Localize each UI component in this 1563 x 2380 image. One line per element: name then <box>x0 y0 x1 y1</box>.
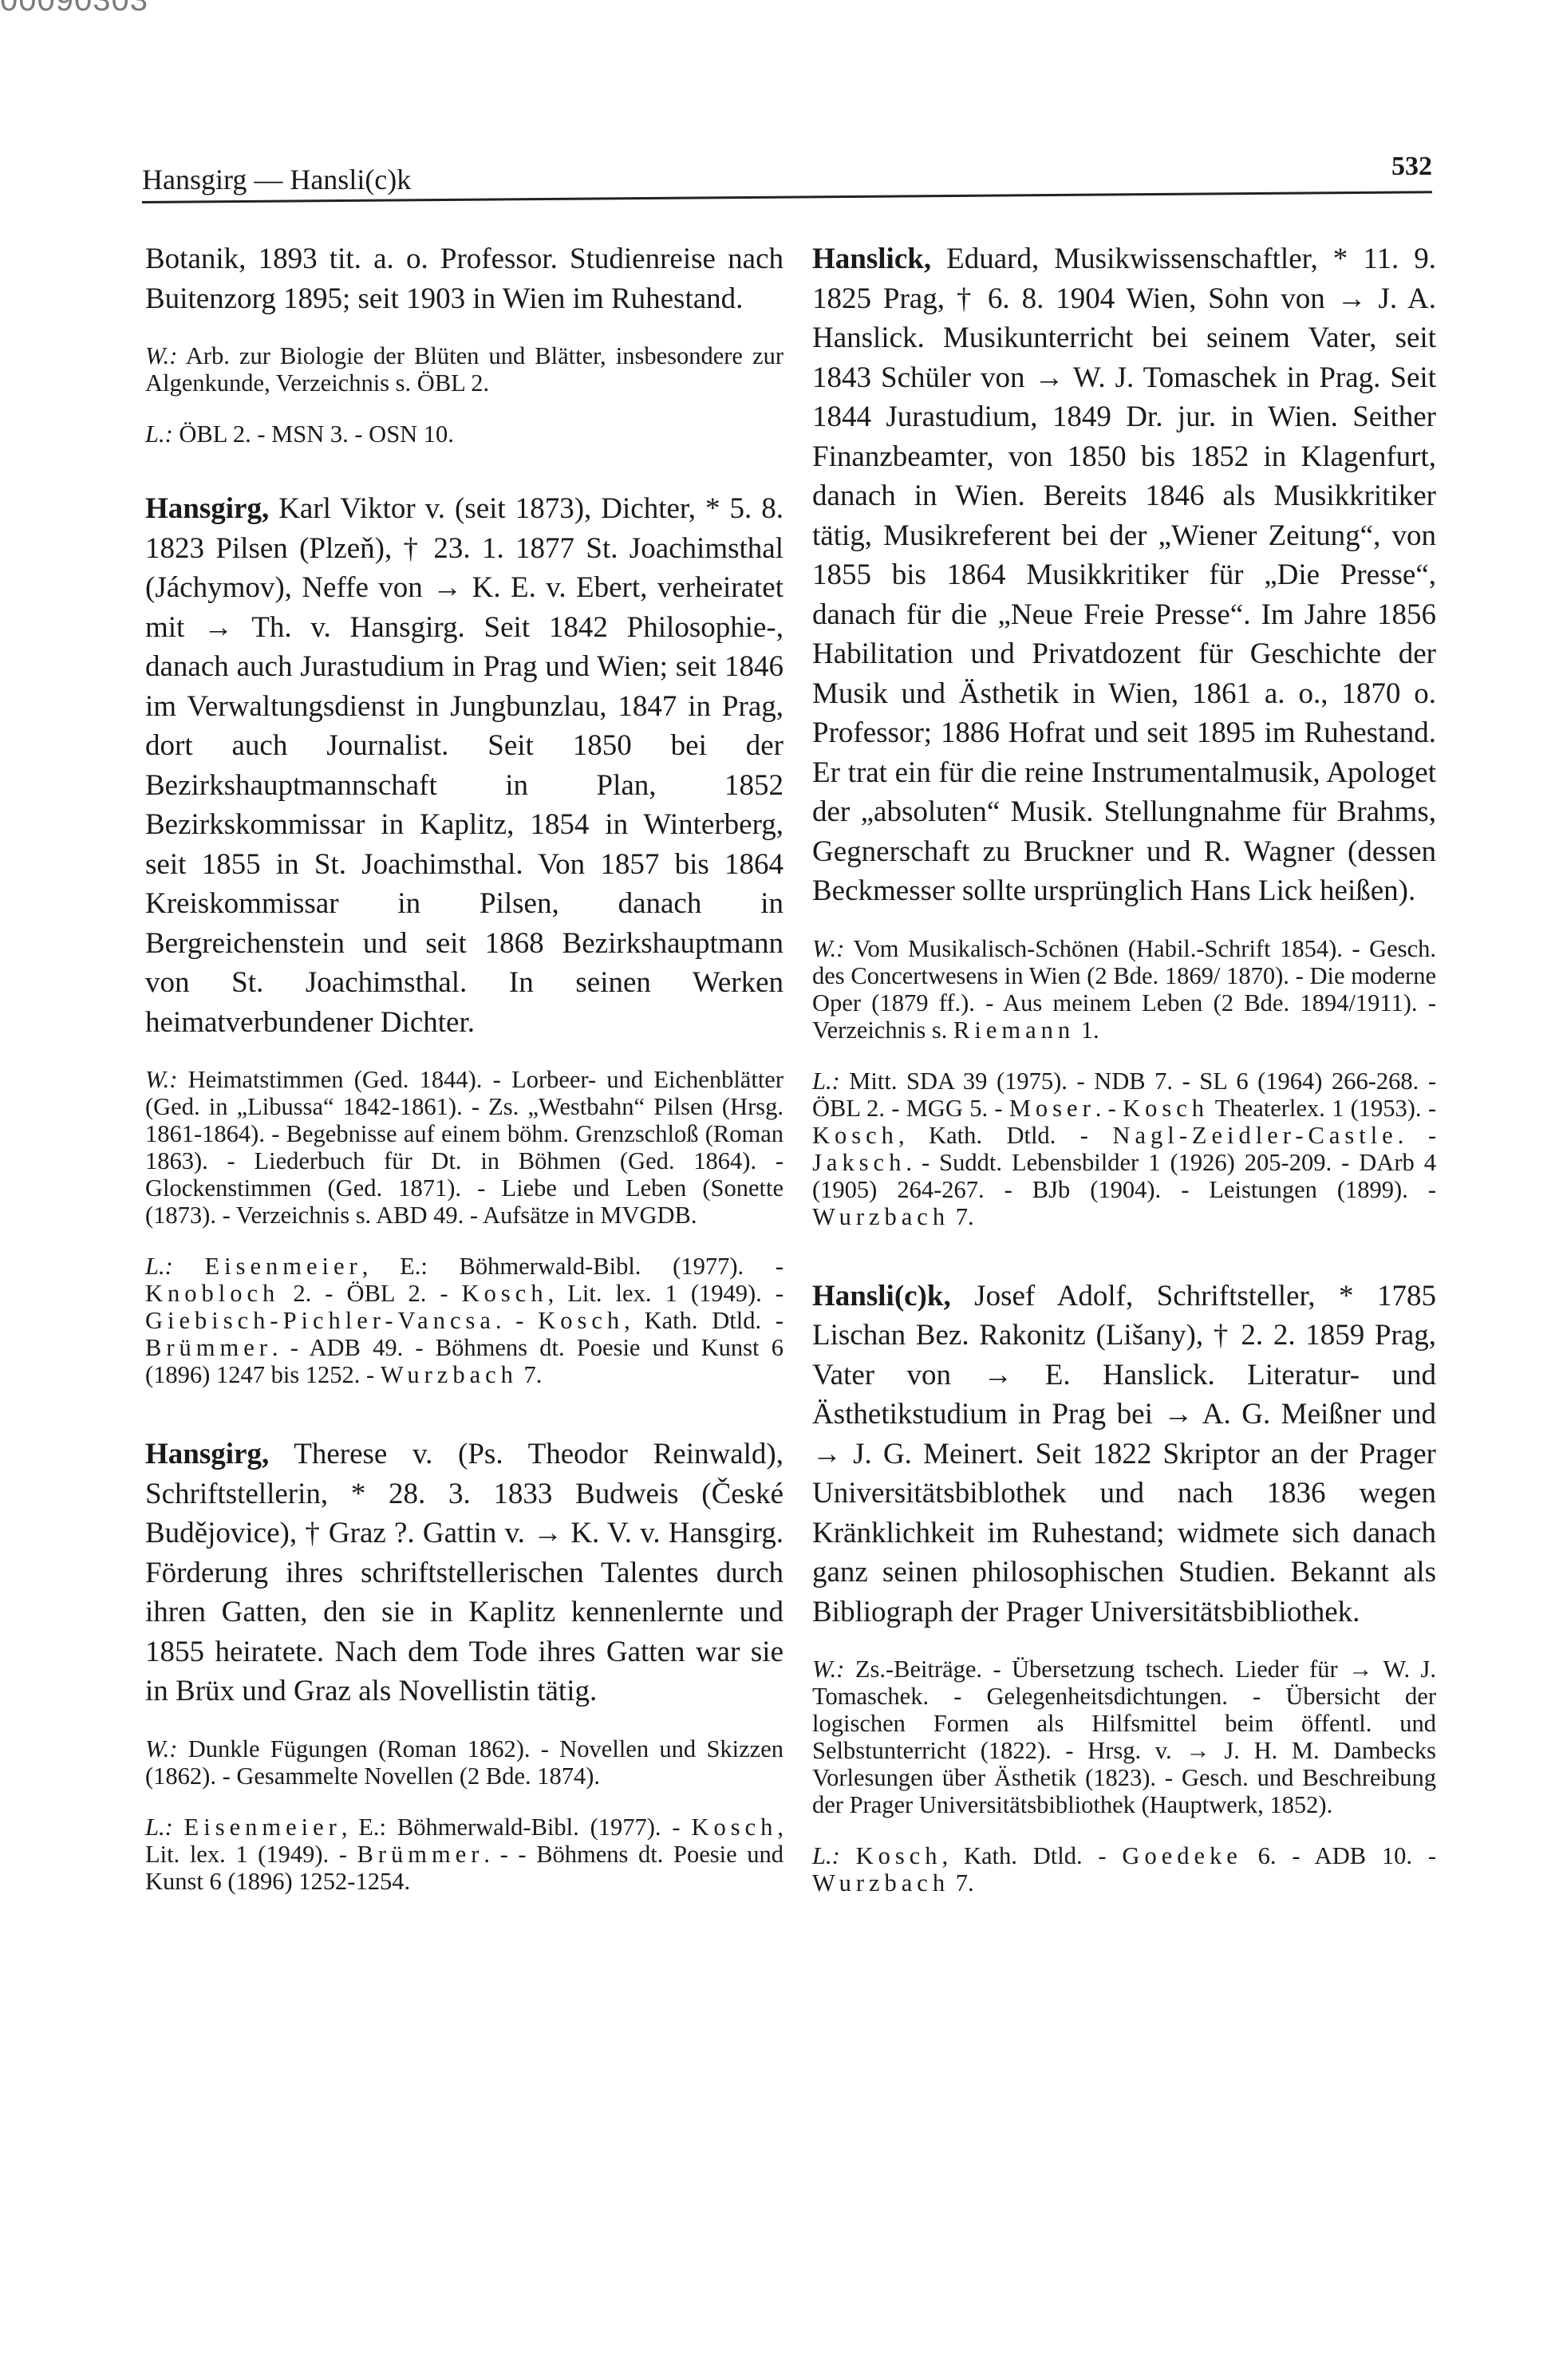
entry-body: Hansgirg, Karl Viktor v. (seit 1873), Di… <box>145 489 783 1042</box>
spaced-author-name: Brümmer <box>357 1841 484 1868</box>
entry-lemma: Hanslick, <box>812 243 931 275</box>
spaced-author-name: Jaksch <box>812 1149 906 1176</box>
works-text: Zs.-Beiträge. - Übersetzung tschech. Lie… <box>812 1656 1436 1818</box>
literature-text: Eisenmeier, E.: Böhmerwald-Bibl. (1977).… <box>145 1253 783 1388</box>
spaced-author-name: Eisenmeier <box>184 1814 341 1841</box>
works-list: W.: Heimatstimmen (Ged. 1844). - Lorbeer… <box>145 1066 783 1229</box>
literature-text: Mitt. SDA 39 (1975). - NDB 7. - SL 6 (19… <box>812 1068 1436 1230</box>
entry-hansgirg-karl-viktor: Hansgirg, Karl Viktor v. (seit 1873), Di… <box>145 489 783 1388</box>
entry-body: Hanslick, Eduard, Musikwissenschaftler, … <box>812 239 1436 911</box>
works-text: Arb. zur Biologie der Blüten und Blätter… <box>145 342 783 397</box>
entry-lemma: Hansgirg, <box>145 1438 269 1470</box>
spaced-author-name: Wurzbach <box>812 1869 949 1897</box>
spaced-author-name: Nagl-Zeidler-Castle <box>1112 1122 1397 1149</box>
literature-tag: L.: <box>812 1068 840 1095</box>
spaced-author-name: Kosch <box>691 1814 777 1841</box>
spaced-author-name: Giebisch-Pichler-Vancsa <box>145 1307 495 1334</box>
spaced-author-name: Kosch <box>538 1307 624 1334</box>
spaced-author-name: Knobloch <box>145 1280 279 1307</box>
entry-hansgirg-therese: Hansgirg, Therese v. (Ps. Theodor Reinwa… <box>145 1435 783 1895</box>
literature-list: L.: Kosch, Kath. Dtld. - Goedeke 6. - AD… <box>812 1842 1436 1897</box>
entry-hanslick-eduard: Hanslick, Eduard, Musikwissenschaftler, … <box>812 239 1436 1230</box>
works-list: W.: Zs.-Beiträge. - Übersetzung tschech.… <box>812 1656 1436 1818</box>
entry-text: Josef Adolf, Schriftsteller, * 1785 Lisc… <box>812 1280 1436 1628</box>
literature-tag: L.: <box>145 420 173 448</box>
spaced-author-name: Wurzbach <box>812 1203 949 1230</box>
right-column: Hanslick, Eduard, Musikwissenschaftler, … <box>812 239 1436 1897</box>
running-head: Hansgirg — Hansli(c)k 532 <box>142 156 1432 207</box>
entry-text: Therese v. (Ps. Theodor Reinwald), Schri… <box>145 1438 783 1707</box>
works-tag: W.: <box>145 1066 177 1093</box>
entry-body: Botanik, 1893 tit. a. o. Professor. Stud… <box>145 239 783 318</box>
works-list: W.: Dunkle Fügungen (Roman 1862). - Nove… <box>145 1735 783 1790</box>
entry-text: Karl Viktor v. (seit 1873), Dichter, * 5… <box>145 492 783 1039</box>
literature-list: L.: Mitt. SDA 39 (1975). - NDB 7. - SL 6… <box>812 1068 1436 1230</box>
spaced-author-name: Riemann <box>953 1016 1075 1044</box>
entry-lemma: Hansgirg, <box>145 492 269 525</box>
spaced-author-name: Wurzbach <box>381 1361 518 1388</box>
running-title: Hansgirg — Hansli(c)k <box>142 163 411 196</box>
spaced-author-name: Moser <box>1009 1095 1095 1122</box>
works-list: W.: Vom Musikalisch-Schönen (Habil.-Schr… <box>812 935 1436 1044</box>
literature-tag: L.: <box>145 1814 173 1841</box>
page-number: 532 <box>1391 152 1432 182</box>
entry-body: Hansli(c)k, Josef Adolf, Schriftsteller,… <box>812 1277 1436 1632</box>
works-tag: W.: <box>812 935 844 962</box>
literature-text: Kosch, Kath. Dtld. - Goedeke 6. - ADB 10… <box>812 1842 1436 1897</box>
entry-text: Eduard, Musikwissenschaftler, * 11. 9. 1… <box>812 243 1436 907</box>
spaced-author-name: Eisenmeier <box>205 1253 362 1280</box>
literature-list: L.: ÖBL 2. - MSN 3. - OSN 10. <box>145 420 783 448</box>
literature-tag: L.: <box>812 1842 840 1869</box>
works-text: Heimatstimmen (Ged. 1844). - Lorbeer- un… <box>145 1066 783 1229</box>
entry-lemma: Hansli(c)k, <box>812 1280 951 1312</box>
scan-id-stamp: 00090303 <box>0 0 148 18</box>
works-list: W.: Arb. zur Biologie der Blüten und Blä… <box>145 342 783 397</box>
works-tag: W.: <box>145 342 177 369</box>
literature-text: Eisenmeier, E.: Böhmerwald-Bibl. (1977).… <box>145 1814 783 1895</box>
works-tag: W.: <box>812 1656 844 1683</box>
works-text: Dunkle Fügungen (Roman 1862). - Novellen… <box>145 1735 783 1790</box>
spaced-author-name: Kosch <box>856 1842 942 1869</box>
literature-list: L.: Eisenmeier, E.: Böhmerwald-Bibl. (19… <box>145 1814 783 1895</box>
spaced-author-name: Kosch <box>462 1280 548 1307</box>
literature-list: L.: Eisenmeier, E.: Böhmerwald-Bibl. (19… <box>145 1253 783 1388</box>
works-tag: W.: <box>145 1735 177 1762</box>
literature-tag: L.: <box>145 1253 173 1280</box>
left-column: Botanik, 1893 tit. a. o. Professor. Stud… <box>145 239 783 1895</box>
entry-hanslick-josef-adolf: Hansli(c)k, Josef Adolf, Schriftsteller,… <box>812 1277 1436 1897</box>
spaced-author-name: Kosch <box>1123 1095 1209 1122</box>
spaced-author-name: Kosch <box>812 1122 898 1149</box>
entry-body: Hansgirg, Therese v. (Ps. Theodor Reinwa… <box>145 1435 783 1711</box>
spaced-author-name: Goedeke <box>1122 1842 1241 1869</box>
spaced-author-name: Brümmer <box>145 1334 272 1361</box>
entry-continuation: Botanik, 1893 tit. a. o. Professor. Stud… <box>145 239 783 448</box>
works-text: Vom Musikalisch-Schönen (Habil.-Schrift … <box>812 935 1436 1044</box>
literature-text: ÖBL 2. - MSN 3. - OSN 10. <box>173 420 454 448</box>
